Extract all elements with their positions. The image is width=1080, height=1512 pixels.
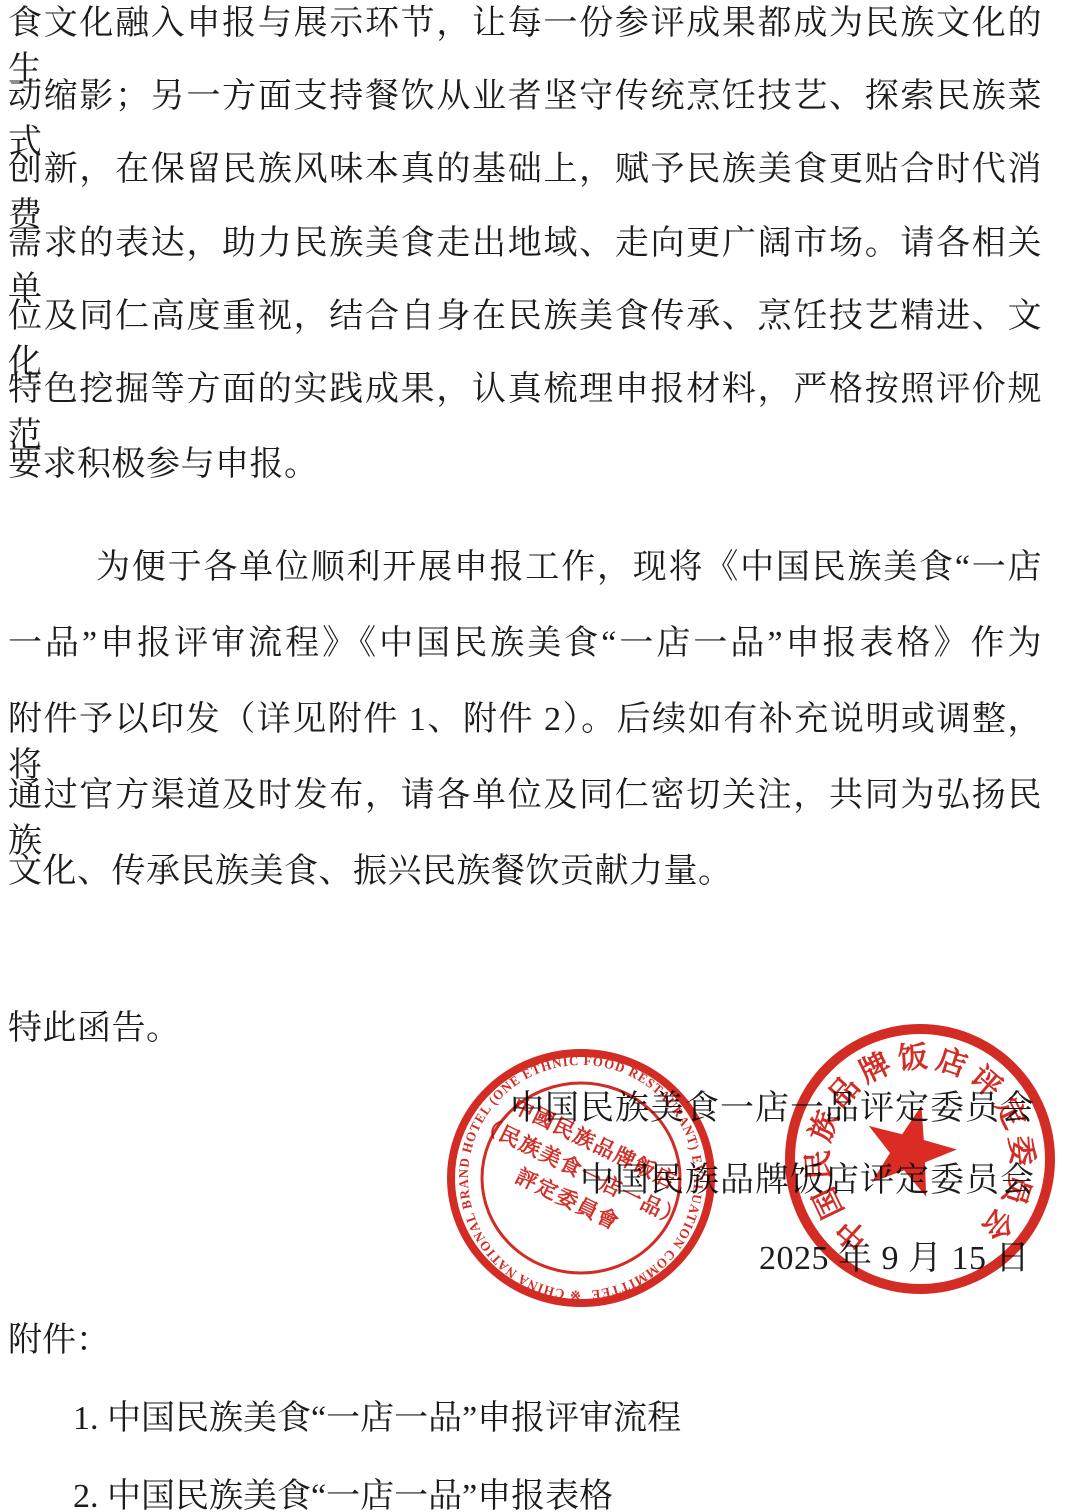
seal-arc-char: 牌 bbox=[854, 1047, 896, 1090]
seal-arc-char: 中 bbox=[830, 1212, 874, 1257]
seal-arc-char: 定 bbox=[988, 1092, 1031, 1134]
body-line: 食文化融入申报与展示环节，让每一份参评成果都成为民族文化的生 bbox=[8, 1, 1042, 47]
attachment-item-2: 2. 中国民族美食“一店一品”申报表格 bbox=[73, 1474, 613, 1512]
attachments-label: 附件： bbox=[8, 1318, 110, 1364]
body-line: 要求积极参与申报。 bbox=[8, 442, 1042, 488]
document-page: 食文化融入申报与展示环节，让每一份参评成果都成为民族文化的生 动缩影；另一方面支… bbox=[0, 0, 1080, 1512]
body-line: 通过官方渠道及时发布，请各单位及同仁密切关注，共同为弘扬民族 bbox=[8, 773, 1042, 819]
seal-arc-char: 品 bbox=[822, 1070, 867, 1114]
body-line: 附件予以印发（详见附件 1、附件 2）。后续如有补充说明或调整，将 bbox=[8, 697, 1042, 743]
body-line: 为便于各单位顺利开展申报工作，现将《中国民族美食“一店 bbox=[8, 545, 1042, 591]
seal-arc-char: 会 bbox=[975, 1202, 1020, 1246]
body-line: 一品”申报评审流程》《中国民族美食“一店一品”申报表格》作为 bbox=[8, 621, 1042, 667]
body-line: 需求的表达，助力民族美食走出地域、走向更广阔市场。请各相关单 bbox=[8, 221, 1042, 267]
body-line: 文化、传承民族美食、振兴民族餐饮贡献力量。 bbox=[8, 849, 1042, 895]
attachment-item-1: 1. 中国民族美食“一店一品”申报评审流程 bbox=[73, 1396, 681, 1442]
seal-arc-char: 委 bbox=[1003, 1134, 1038, 1167]
seal-arc-char: 店 bbox=[932, 1043, 971, 1084]
body-line: 动缩影；另一方面支持餐饮从业者坚守传统烹饪技艺、探索民族菜式 bbox=[8, 74, 1042, 120]
star-icon bbox=[855, 1094, 966, 1201]
seal-arc-char: 员 bbox=[995, 1170, 1036, 1211]
seal-arc-char: 饭 bbox=[897, 1041, 929, 1076]
body-line: 特色挖掘等方面的实践成果，认真梳理申报材料，严格按照评价规范 bbox=[8, 367, 1042, 413]
seal-arc-char: 族 bbox=[804, 1107, 845, 1146]
body-line: 位及同仁高度重视，结合自身在民族美食传承、烹饪技艺精进、文化 bbox=[8, 294, 1042, 340]
official-seal-right: 中国民族品牌饭店评定委员会 bbox=[780, 1019, 1060, 1309]
seal-arc-char: 评 bbox=[964, 1060, 1008, 1105]
body-line: 创新，在保留民族风味本真的基础上，赋予民族美食更贴合时代消费 bbox=[8, 147, 1042, 193]
seal-arc-char: 民 bbox=[802, 1149, 837, 1181]
seal-arc-char: 国 bbox=[808, 1182, 851, 1223]
